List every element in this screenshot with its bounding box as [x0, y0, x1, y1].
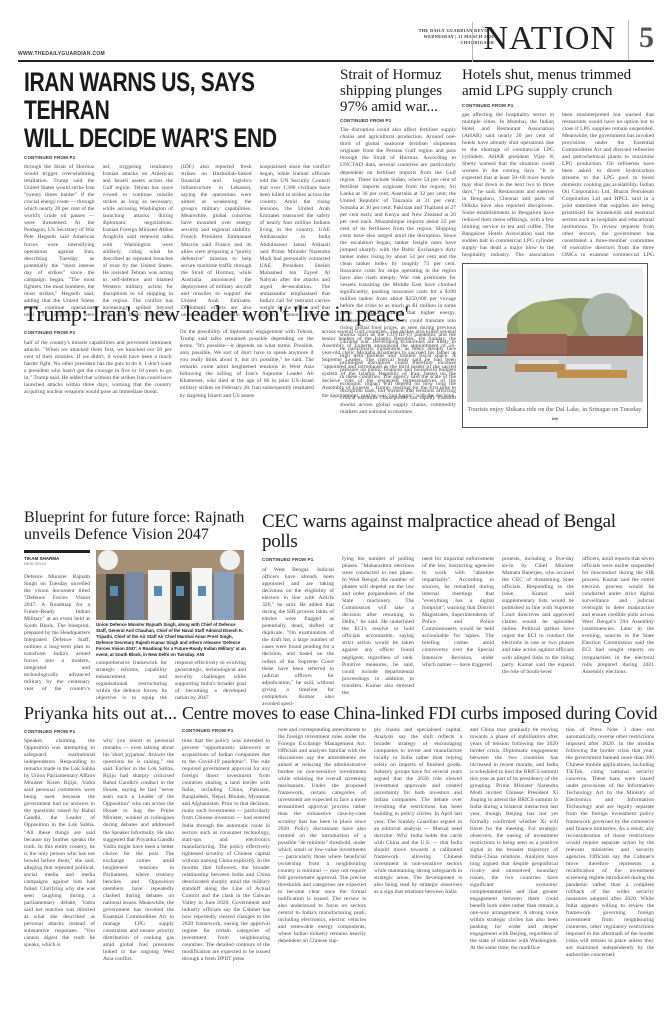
continued-label: CONTINUED FROM P1	[24, 329, 172, 336]
article-column: Defence Minister Rajnath Singh on Tuesda…	[24, 574, 90, 690]
continued-label: CONTINUED FROM P1	[340, 118, 456, 123]
article-column: why you resort to personal remarks — eve…	[103, 738, 174, 1000]
article-centre: Centre moves to ease China-linked FDI cu…	[182, 704, 654, 1004]
photo-dal-lake	[467, 268, 643, 402]
article-column: of West Bengal. Judicial officers have a…	[262, 567, 334, 708]
article-column: comprehensive framework for strategic re…	[96, 660, 167, 700]
article-column: nei, triggering retaliatory Iranian atta…	[103, 164, 174, 319]
article-cec: CEC warns against malpractice ahead of B…	[262, 512, 654, 702]
article-column: (IDF) also reported fresh strikes on Hez…	[181, 164, 252, 319]
article-column: gas affecting the hospitality sector in …	[462, 112, 554, 257]
article-column: need for impartial enforcement of the la…	[422, 556, 494, 716]
site-url[interactable]: WWW.THEDAILYGUARDIAN.COM	[18, 51, 105, 57]
headline-rajnath: Blueprint for future force: Rajnath unve…	[24, 510, 246, 544]
continued-label: CONTINUED FROM P1	[24, 155, 330, 160]
article-column: half of the country's missile capabiliti…	[24, 340, 172, 396]
article-trump: Trump: Iran's new leader won't 'live in …	[24, 302, 456, 502]
article-column: hospitalised since the conflict began, w…	[260, 164, 331, 319]
headline-priyanka: Priyanka hits out at...	[24, 704, 174, 723]
byline: TIKAM SHARMA NEW DELHI	[24, 550, 90, 566]
article-column: been misinterpreted but warned that rest…	[562, 112, 654, 257]
headline-trump: Trump: Iran's new leader won't 'live in …	[24, 302, 456, 325]
continued-label: CONTINUED FROM P1	[462, 103, 654, 108]
article-column: tion of Press Note 3 does not automatica…	[566, 727, 654, 997]
article-column: Speaker, claiming the Opposition was att…	[24, 738, 95, 1000]
article-column: protests, including a five-day sit-in by…	[502, 556, 574, 716]
article-column: and China may gradually be moving toward…	[470, 727, 558, 997]
headline-centre: Centre moves to ease China-linked FDI cu…	[182, 704, 654, 723]
article-hotels: Hotels shut, menus trimmed amid LPG supp…	[462, 68, 654, 508]
photo-frame: Tourists enjoy Shikara ride on the Dal L…	[462, 263, 648, 428]
photo-credit: ANI	[552, 416, 559, 421]
article-column: On the possibility of diplomatic engagem…	[180, 329, 314, 497]
continued-label: CONTINUED FROM P1	[262, 556, 334, 563]
article-rajnath: Blueprint for future force: Rajnath unve…	[24, 510, 246, 700]
section-title: NATION	[472, 22, 616, 62]
photo-caption: Tourists enjoy Shikara ride on the Dal L…	[467, 402, 643, 423]
article-column: note and corresponding amendments to the…	[278, 727, 366, 997]
masthead: WWW.THEDAILYGUARDIAN.COM THE DAILY GUARD…	[18, 0, 654, 62]
article-iran: IRAN WARNS US, SAYS TEHRAN WILL DECIDE W…	[24, 68, 330, 300]
page-number: 5	[628, 20, 654, 60]
headline-hormuz: Strait of Hormuz shipping plunges 97% am…	[340, 68, 456, 115]
article-priyanka: Priyanka hits out at... CONTINUED FROM P…	[24, 704, 174, 1004]
article-column: ply chains and specialised capital. Anal…	[374, 727, 462, 997]
article-column: time that the policy was intended to pre…	[182, 738, 270, 964]
article-column: respond effectively to evolving geostrat…	[175, 660, 246, 700]
article-column: officers, amid reports that seven offici…	[582, 556, 654, 716]
headline-iran: IRAN WARNS US, SAYS TEHRAN WILL DECIDE W…	[24, 68, 336, 152]
headline-cec: CEC warns against malpractice ahead of B…	[262, 512, 654, 552]
photo-defence-vision	[96, 550, 244, 620]
continued-label: CONTINUED FROM P1	[182, 727, 270, 734]
article-column: fying the number of polling phases. "Mah…	[342, 556, 414, 716]
article-column: through the Strait of Hormuz would trigg…	[24, 164, 95, 319]
photo-caption: Union Defence Minister Rajnath Singh, al…	[96, 620, 246, 660]
headline-hotels: Hotels shut, menus trimmed amid LPG supp…	[462, 68, 654, 100]
article-column: across several Gulf countries. The strik…	[322, 329, 456, 497]
continued-label: CONTINUED FROM P1	[24, 729, 174, 734]
